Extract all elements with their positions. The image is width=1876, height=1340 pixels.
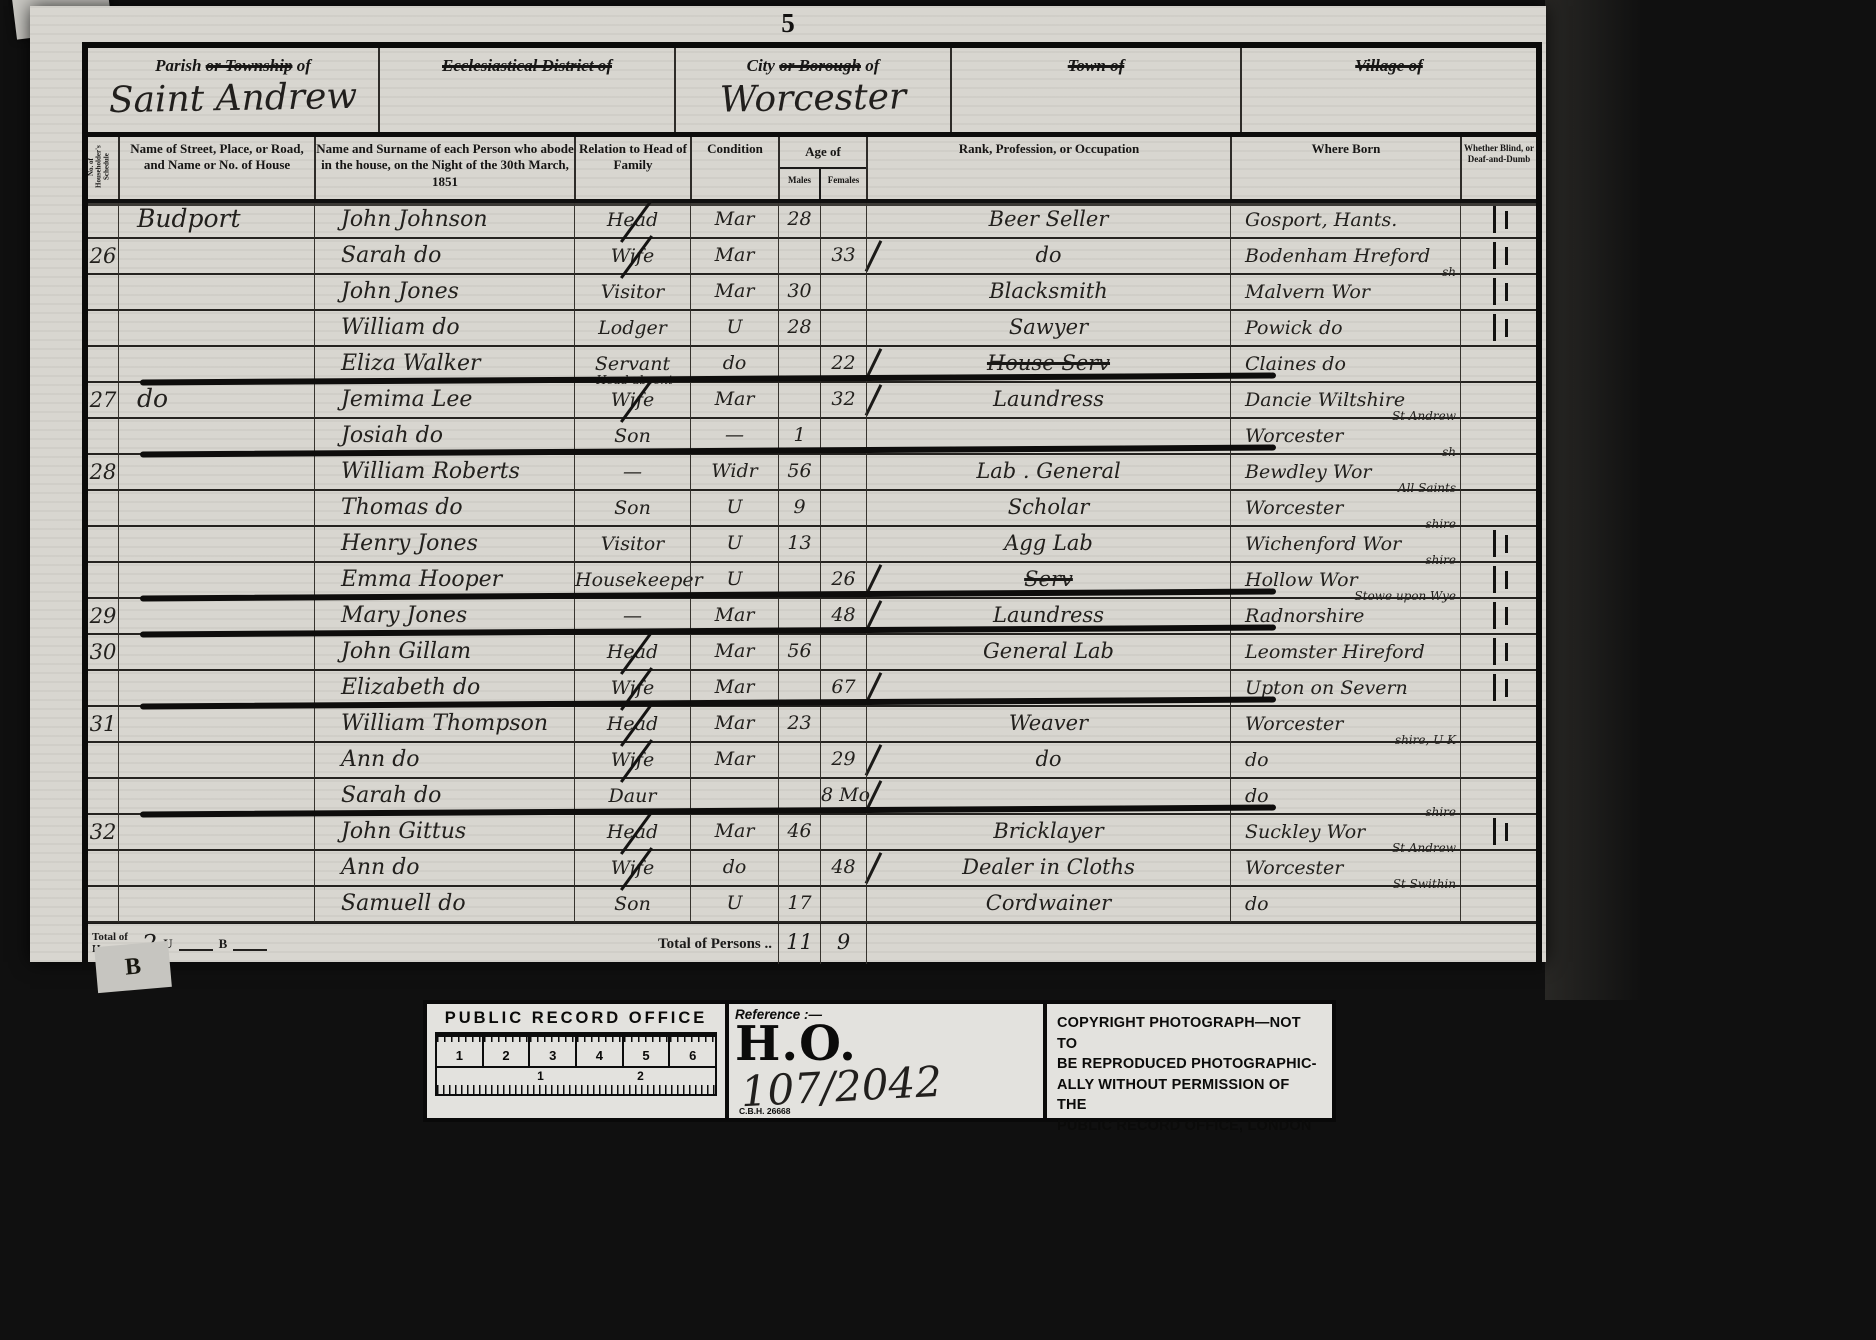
ruler-number: 4 xyxy=(577,1034,624,1066)
street-cell xyxy=(118,527,314,563)
table-row: Henry Jones Visitor U 13 Agg Lab shireWi… xyxy=(88,527,1536,563)
col-occupation: Rank, Profession, or Occupation xyxy=(866,137,1230,199)
pro-title: PUBLIC RECORD OFFICE xyxy=(435,1009,717,1028)
age-male-cell xyxy=(778,239,820,275)
relation-cell: Visitor xyxy=(574,275,690,311)
name-cell: Josiah do xyxy=(314,419,574,455)
name-cell: Emma Hooper xyxy=(314,563,574,599)
occupation-cell: Bricklayer xyxy=(866,815,1230,851)
age-female-cell xyxy=(820,203,866,239)
table-row: Elizabeth do Wife Mar 67 Upton on Severn xyxy=(88,671,1536,707)
name-cell: Ann do xyxy=(314,743,574,779)
ruler-scale: 123456 xyxy=(435,1032,717,1068)
street-cell xyxy=(118,743,314,779)
col-relation: Relation to Head of Family xyxy=(574,137,690,199)
ruler-number: 1 xyxy=(437,1034,484,1066)
ruler-lower-1: 1 xyxy=(537,1069,544,1083)
where-born-cell: Bodenham Hreford xyxy=(1230,239,1460,275)
schedule-number xyxy=(88,743,118,779)
total-persons-females: 9 xyxy=(820,924,866,964)
street-cell xyxy=(118,671,314,707)
table-row: Samuell do Son U 17 Cordwainer St Swithi… xyxy=(88,887,1536,923)
relation-cell: Visitor xyxy=(574,527,690,563)
table-row: 31 William Thompson Head Mar 23 Weaver W… xyxy=(88,707,1536,743)
where-born-note: shire xyxy=(1425,806,1456,818)
city-value: Worcester xyxy=(676,76,951,122)
village-cell: Village of xyxy=(1240,48,1536,132)
condition-cell: — xyxy=(690,419,778,455)
schedule-number: 29 xyxy=(88,599,118,635)
ruler-scale-lower: 1 2 xyxy=(435,1068,717,1096)
table-row: Thomas do Son U 9 Scholar All SaintsWorc… xyxy=(88,491,1536,527)
city-label: City or Borough of xyxy=(676,56,950,76)
infirm-mark-cell xyxy=(1460,275,1536,311)
relation-cell: — xyxy=(574,455,690,491)
street-cell xyxy=(118,491,314,527)
schedule-number xyxy=(88,311,118,347)
condition-cell: do xyxy=(690,851,778,887)
condition-cell: Widr xyxy=(690,455,778,491)
where-born-note: All Saints xyxy=(1398,482,1456,494)
name-cell: Samuell do xyxy=(314,887,574,923)
age-male-cell: 30 xyxy=(778,275,820,311)
age-female-cell xyxy=(820,491,866,527)
table-row: 28 William Roberts — Widr 56 Lab . Gener… xyxy=(88,455,1536,491)
street-cell: do xyxy=(118,383,314,419)
occupation-cell: Serv xyxy=(866,563,1230,599)
street-cell xyxy=(118,815,314,851)
condition-cell: Mar xyxy=(690,599,778,635)
age-male-cell: 23 xyxy=(778,707,820,743)
age-female-cell: 29 xyxy=(820,743,866,779)
schedule-number xyxy=(88,671,118,707)
condition-cell: Mar xyxy=(690,743,778,779)
age-female-cell xyxy=(820,419,866,455)
name-cell: Eliza Walker xyxy=(314,347,574,383)
margin-letter: B xyxy=(124,953,142,981)
condition-cell: do xyxy=(690,347,778,383)
name-cell: Jemima Lee xyxy=(314,383,574,419)
where-born-cell: Powick do xyxy=(1230,311,1460,347)
infirm-mark-cell xyxy=(1460,599,1536,635)
condition-cell: Mar xyxy=(690,239,778,275)
col-where-born: Where Born xyxy=(1230,137,1460,199)
building-blank xyxy=(233,937,267,951)
table-row: 32 John Gittus Head Mar 46 Bricklayer sh… xyxy=(88,815,1536,851)
table-row: Emma Hooper Housekeeper U 26 Serv shireH… xyxy=(88,563,1536,599)
occupation-cell: Beer Seller xyxy=(866,203,1230,239)
infirm-mark-cell xyxy=(1460,671,1536,707)
where-born-note: sh xyxy=(1442,266,1456,278)
age-male-cell xyxy=(778,743,820,779)
occupation-cell xyxy=(866,419,1230,455)
schedule-number: 28 xyxy=(88,455,118,491)
where-born-note: St Swithin xyxy=(1393,878,1456,890)
uninhabited-blank xyxy=(179,937,213,951)
relation-cell: Wife xyxy=(574,239,690,275)
where-born-note: sh xyxy=(1442,446,1456,458)
table-row: Josiah do Son — 1 St AndrewWorcester xyxy=(88,419,1536,455)
copyright-line: PUBLIC RECORD OFFICE, LONDON xyxy=(1057,1116,1322,1137)
occupation-cell: Laundress xyxy=(866,599,1230,635)
schedule-number xyxy=(88,203,118,239)
relation-cell: Lodger xyxy=(574,311,690,347)
village-label: Village of xyxy=(1242,56,1536,76)
where-born-cell: Claines do xyxy=(1230,347,1460,383)
age-female-cell: 32 xyxy=(820,383,866,419)
age-male-cell: 9 xyxy=(778,491,820,527)
reference-section: Reference :— H.O.107/2042 C.B.H. 26668 xyxy=(729,1004,1047,1118)
relation-cell: Head xyxy=(574,203,690,239)
schedule-number: 32 xyxy=(88,815,118,851)
schedule-number xyxy=(88,563,118,599)
occupation-cell: Lab . General xyxy=(866,455,1230,491)
margin-mark-patch: B xyxy=(94,941,172,993)
schedule-number xyxy=(88,851,118,887)
occupation-cell: Weaver xyxy=(866,707,1230,743)
where-born-cell: Upton on Severn xyxy=(1230,671,1460,707)
totals-row: Total of Houses 2 U B Total of Persons .… xyxy=(88,923,1536,964)
occupation-cell xyxy=(866,779,1230,815)
where-born-cell: St AndrewWorcester xyxy=(1230,419,1460,455)
occupation-cell: General Lab xyxy=(866,635,1230,671)
total-persons-label: Total of Persons .. xyxy=(314,924,778,964)
street-cell xyxy=(118,779,314,815)
schedule-number xyxy=(88,347,118,383)
relation-cell: — xyxy=(574,599,690,635)
name-cell: John Johnson xyxy=(314,203,574,239)
table-row: William do Lodger U 28 Sawyer Powick do xyxy=(88,311,1536,347)
condition-cell xyxy=(690,779,778,815)
relation-cell: Head xyxy=(574,707,690,743)
ecclesiastical-district-label: Ecclesiastical District of xyxy=(380,56,674,76)
street-cell xyxy=(118,707,314,743)
age-female-cell xyxy=(820,887,866,923)
occupation-cell: Scholar xyxy=(866,491,1230,527)
infirm-mark-cell xyxy=(1460,239,1536,275)
condition-cell: Mar xyxy=(690,275,778,311)
where-born-note: shire, U K xyxy=(1395,734,1456,746)
col-infirm: Whether Blind, or Deaf-and-Dumb xyxy=(1460,137,1536,199)
street-cell xyxy=(118,239,314,275)
where-born-cell: Stowe upon WyeRadnorshire xyxy=(1230,599,1460,635)
town-label: Town of xyxy=(952,56,1240,76)
street-cell xyxy=(118,563,314,599)
public-record-office-stamp: PUBLIC RECORD OFFICE 123456 1 2 Referenc… xyxy=(423,1000,1336,1122)
census-scan-photo: 5 Parish or Township of Saint Andrew Ecc… xyxy=(0,0,1876,1340)
age-male-cell xyxy=(778,671,820,707)
column-header-row: No. of Householder's Schedule Name of St… xyxy=(88,137,1536,203)
pro-ruler-section: PUBLIC RECORD OFFICE 123456 1 2 xyxy=(427,1004,729,1118)
schedule-number xyxy=(88,887,118,923)
age-female-cell: 22 xyxy=(820,347,866,383)
infirm-mark-cell xyxy=(1460,743,1536,779)
where-born-note: shire xyxy=(1425,518,1456,530)
age-female-cell: 48 xyxy=(820,851,866,887)
name-cell: Henry Jones xyxy=(314,527,574,563)
age-female-cell: 33 xyxy=(820,239,866,275)
age-male-cell xyxy=(778,563,820,599)
parish-cell: Parish or Township of Saint Andrew xyxy=(88,48,378,132)
building-label: B xyxy=(219,936,228,952)
occupation-cell: House Serv xyxy=(866,347,1230,383)
relation-cell: Son xyxy=(574,491,690,527)
city-cell: City or Borough of Worcester xyxy=(674,48,950,132)
infirm-mark-cell xyxy=(1460,527,1536,563)
relation-cell: Son xyxy=(574,887,690,923)
street-cell xyxy=(118,599,314,635)
table-row: 27 do Jemima Lee Head absentWife Mar 32 … xyxy=(88,383,1536,419)
total-persons-males: 11 xyxy=(778,924,820,964)
table-row: 30 John Gillam Head Mar 56 General Lab L… xyxy=(88,635,1536,671)
reference-series: H.O. xyxy=(735,1022,857,1068)
ruler-number: 2 xyxy=(484,1034,531,1066)
schedule-number: 27 xyxy=(88,383,118,419)
occupation-cell: Laundress xyxy=(866,383,1230,419)
col-street: Name of Street, Place, or Road, and Name… xyxy=(118,137,314,199)
age-female-cell xyxy=(820,311,866,347)
schedule-number xyxy=(88,419,118,455)
age-male-cell xyxy=(778,347,820,383)
copyright-line: COPYRIGHT PHOTOGRAPH—NOT TO xyxy=(1057,1013,1322,1054)
infirm-mark-cell xyxy=(1460,311,1536,347)
table-row: Budport John Johnson Head Mar 28 Beer Se… xyxy=(88,203,1536,239)
table-row: 29 Mary Jones — Mar 48 Laundress Stowe u… xyxy=(88,599,1536,635)
age-female-cell xyxy=(820,707,866,743)
relation-cell: Wife xyxy=(574,671,690,707)
age-female-cell xyxy=(820,527,866,563)
age-male-cell xyxy=(778,383,820,419)
infirm-mark-cell xyxy=(1460,203,1536,239)
ruler-number: 5 xyxy=(624,1034,671,1066)
condition-cell: U xyxy=(690,491,778,527)
age-female-cell: 48 xyxy=(820,599,866,635)
infirm-mark-cell xyxy=(1460,383,1536,419)
name-cell: John Gillam xyxy=(314,635,574,671)
occupation-cell: Sawyer xyxy=(866,311,1230,347)
infirm-mark-cell xyxy=(1460,635,1536,671)
schedule-number: 31 xyxy=(88,707,118,743)
parish-label: Parish or Township of xyxy=(88,56,378,76)
street-cell xyxy=(118,311,314,347)
condition-cell: U xyxy=(690,563,778,599)
name-cell: William Thompson xyxy=(314,707,574,743)
parish-value: Saint Andrew xyxy=(88,75,379,121)
name-cell: Ann do xyxy=(314,851,574,887)
condition-cell: Mar xyxy=(690,815,778,851)
relation-cell: Wife xyxy=(574,851,690,887)
where-born-cell: shMalvern Wor xyxy=(1230,275,1460,311)
totals-empty xyxy=(866,924,1536,964)
street-cell: Budport xyxy=(118,203,314,239)
age-male-cell: 56 xyxy=(778,635,820,671)
age-male-cell: 56 xyxy=(778,455,820,491)
where-born-note: shire xyxy=(1425,554,1456,566)
infirm-mark-cell xyxy=(1460,419,1536,455)
occupation-cell: do xyxy=(866,743,1230,779)
infirm-mark-cell xyxy=(1460,347,1536,383)
where-born-cell: shire, U Kdo xyxy=(1230,743,1460,779)
copyright-line: ALLY WITHOUT PERMISSION OF THE xyxy=(1057,1075,1322,1116)
infirm-mark-cell xyxy=(1460,491,1536,527)
street-cell xyxy=(118,635,314,671)
name-cell: John Jones xyxy=(314,275,574,311)
schedule-number xyxy=(88,491,118,527)
name-cell: Sarah do xyxy=(314,239,574,275)
name-cell: John Gittus xyxy=(314,815,574,851)
occupation-cell: Agg Lab xyxy=(866,527,1230,563)
age-male-cell: 17 xyxy=(778,887,820,923)
name-cell: Elizabeth do xyxy=(314,671,574,707)
col-schedule: No. of Householder's Schedule xyxy=(88,137,118,199)
col-name: Name and Surname of each Person who abod… xyxy=(314,137,574,199)
ecclesiastical-district-cell: Ecclesiastical District of xyxy=(378,48,674,132)
age-male-cell: 28 xyxy=(778,311,820,347)
ruler-lower-2: 2 xyxy=(637,1069,644,1083)
where-born-cell: St Swithindo xyxy=(1230,887,1460,923)
condition-cell: U xyxy=(690,887,778,923)
street-cell xyxy=(118,887,314,923)
occupation-cell: do xyxy=(866,239,1230,275)
copyright-line: BE REPRODUCED PHOTOGRAPHIC- xyxy=(1057,1054,1322,1075)
age-male-cell xyxy=(778,599,820,635)
relation-cell: Housekeeper xyxy=(574,563,690,599)
col-condition: Condition xyxy=(690,137,778,199)
form-frame: Parish or Township of Saint Andrew Eccle… xyxy=(82,42,1542,970)
relation-cell: Wife xyxy=(574,743,690,779)
age-female-cell xyxy=(820,455,866,491)
name-cell: William Roberts xyxy=(314,455,574,491)
condition-cell: Mar xyxy=(690,203,778,239)
page-number: 5 xyxy=(781,8,795,39)
infirm-mark-cell xyxy=(1460,563,1536,599)
age-female-cell xyxy=(820,275,866,311)
ruler-number: 3 xyxy=(530,1034,577,1066)
street-cell xyxy=(118,275,314,311)
relation-cell: Son xyxy=(574,419,690,455)
relation-cell: Servant xyxy=(574,347,690,383)
schedule-number xyxy=(88,275,118,311)
infirm-mark-cell xyxy=(1460,455,1536,491)
street-cell xyxy=(118,851,314,887)
relation-cell: Head absentWife xyxy=(574,383,690,419)
infirm-mark-cell xyxy=(1460,707,1536,743)
schedule-number xyxy=(88,779,118,815)
where-born-cell: Leomster Hireford xyxy=(1230,635,1460,671)
age-male-cell: 13 xyxy=(778,527,820,563)
infirm-mark-cell xyxy=(1460,815,1536,851)
age-male-cell xyxy=(778,779,820,815)
census-rows: Budport John Johnson Head Mar 28 Beer Se… xyxy=(88,203,1536,923)
occupation-cell: Blacksmith xyxy=(866,275,1230,311)
table-row: Eliza Walker Servant do 22 House Serv Cl… xyxy=(88,347,1536,383)
copyright-notice: COPYRIGHT PHOTOGRAPH—NOT TO BE REPRODUCE… xyxy=(1047,1004,1332,1118)
schedule-number: 30 xyxy=(88,635,118,671)
condition-cell: Mar xyxy=(690,671,778,707)
age-male-cell: 46 xyxy=(778,815,820,851)
name-cell: William do xyxy=(314,311,574,347)
age-male-cell: 28 xyxy=(778,203,820,239)
town-cell: Town of xyxy=(950,48,1240,132)
age-male-cell: 1 xyxy=(778,419,820,455)
name-cell: Thomas do xyxy=(314,491,574,527)
col-age-label: Age of xyxy=(780,137,866,169)
occupation-cell: Dealer in Cloths xyxy=(866,851,1230,887)
relation-cell: Head xyxy=(574,815,690,851)
age-female-cell xyxy=(820,635,866,671)
table-row: 26 Sarah do Wife Mar 33 do Bodenham Href… xyxy=(88,239,1536,275)
relation-cell: Daur xyxy=(574,779,690,815)
col-age: Age of Males Females xyxy=(778,137,866,199)
condition-cell: U xyxy=(690,527,778,563)
occupation-cell: Cordwainer xyxy=(866,887,1230,923)
where-born-cell: Gosport, Hants. xyxy=(1230,203,1460,239)
where-born-note: Stowe upon Wye xyxy=(1354,590,1456,602)
occupation-cell xyxy=(866,671,1230,707)
table-row: Ann do Wife Mar 29 do shire, U Kdo xyxy=(88,743,1536,779)
infirm-mark-cell xyxy=(1460,851,1536,887)
condition-cell: Mar xyxy=(690,707,778,743)
where-born-note: St Andrew xyxy=(1392,410,1456,422)
infirm-mark-cell xyxy=(1460,779,1536,815)
schedule-number xyxy=(88,527,118,563)
form-header-band: Parish or Township of Saint Andrew Eccle… xyxy=(88,48,1536,137)
name-cell: Mary Jones xyxy=(314,599,574,635)
street-cell xyxy=(118,347,314,383)
age-female-cell: 67 xyxy=(820,671,866,707)
age-female-cell xyxy=(820,815,866,851)
ruler-number: 6 xyxy=(670,1034,715,1066)
street-cell xyxy=(118,419,314,455)
col-age-females: Females xyxy=(821,169,866,199)
col-age-males: Males xyxy=(780,169,821,199)
condition-cell: Mar xyxy=(690,383,778,419)
where-born-note: St Andrew xyxy=(1392,842,1456,854)
condition-cell: U xyxy=(690,311,778,347)
infirm-mark-cell xyxy=(1460,887,1536,923)
age-female-cell: 26 xyxy=(820,563,866,599)
census-page: 5 Parish or Township of Saint Andrew Ecc… xyxy=(30,6,1546,962)
age-male-cell xyxy=(778,851,820,887)
table-row: John Jones Visitor Mar 30 Blacksmith shM… xyxy=(88,275,1536,311)
condition-cell: Mar xyxy=(690,635,778,671)
table-row: Sarah do Daur 8 Mo do xyxy=(88,779,1536,815)
age-female-cell: 8 Mo xyxy=(820,779,866,815)
name-cell: Sarah do xyxy=(314,779,574,815)
table-row: Ann do Wife do 48 Dealer in Cloths St An… xyxy=(88,851,1536,887)
stamp-code: C.B.H. 26668 xyxy=(739,1106,791,1116)
schedule-number: 26 xyxy=(88,239,118,275)
street-cell xyxy=(118,455,314,491)
relation-cell: Head xyxy=(574,635,690,671)
